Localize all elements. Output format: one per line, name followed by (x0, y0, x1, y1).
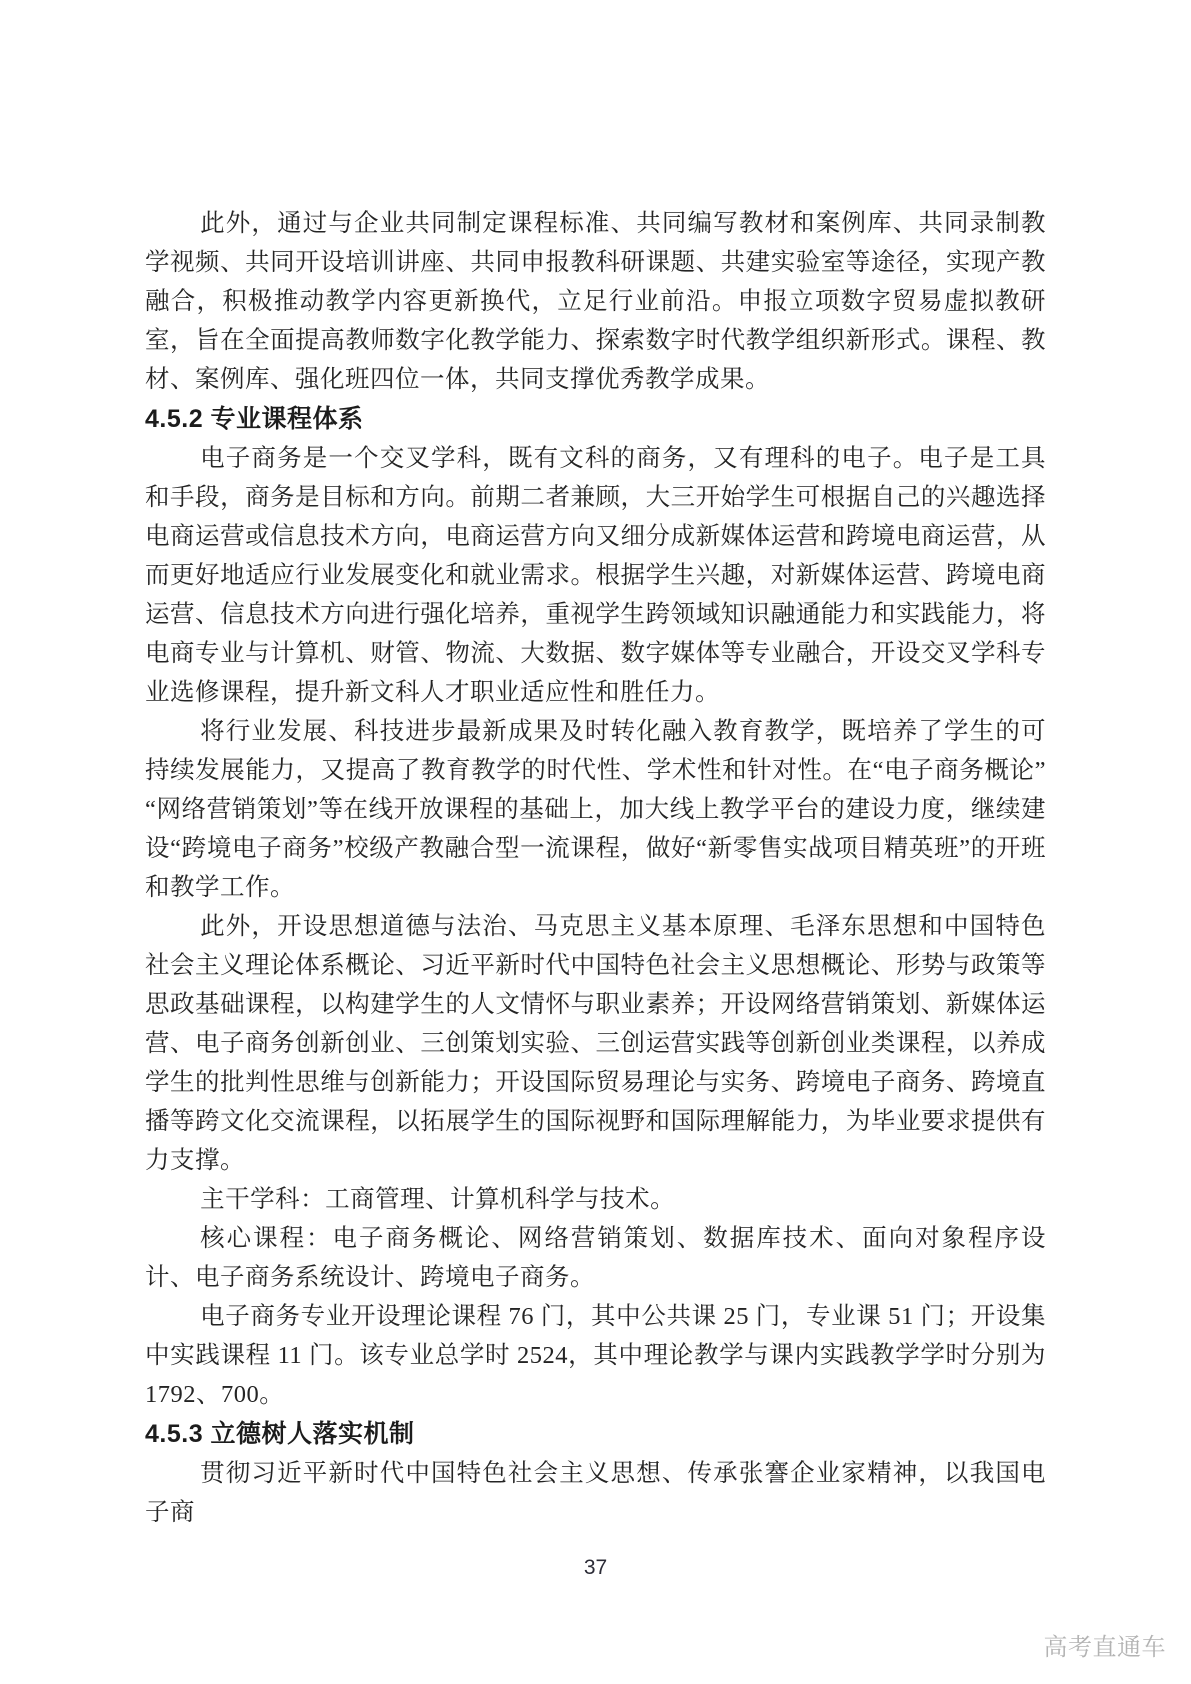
section-heading-4-5-3: 4.5.3 立德树人落实机制 (145, 1414, 1046, 1454)
watermark-gaokao-zhitongche: 高考直通车 (1044, 1627, 1167, 1662)
paragraph-core-courses: 核心课程：电子商务概论、网络营销策划、数据库技术、面向对象程序设计、电子商务系统… (145, 1219, 1046, 1297)
paragraph-industry-cooperation: 此外，通过与企业共同制定课程标准、共同编写教材和案例库、共同录制教学视频、共同开… (145, 204, 1046, 399)
document-page: 此外，通过与企业共同制定课程标准、共同编写教材和案例库、共同录制教学视频、共同开… (0, 0, 1191, 1684)
paragraph-ideology-courses: 此外，开设思想道德与法治、马克思主义基本原理、毛泽东思想和中国特色社会主义理论体… (145, 907, 1046, 1180)
document-content: 此外，通过与企业共同制定课程标准、共同编写教材和案例库、共同录制教学视频、共同开… (145, 204, 1046, 1532)
paragraph-moral-education: 贯彻习近平新时代中国特色社会主义思想、传承张謇企业家精神，以我国电子商 (145, 1454, 1046, 1532)
paragraph-cross-discipline: 电子商务是一个交叉学科，既有文科的商务，又有理科的电子。电子是工具和手段，商务是… (145, 439, 1046, 712)
paragraph-course-statistics: 电子商务专业开设理论课程 76 门，其中公共课 25 门，专业课 51 门；开设… (145, 1297, 1046, 1414)
page-number: 37 (0, 1556, 1191, 1580)
paragraph-main-disciplines: 主干学科：工商管理、计算机科学与技术。 (145, 1180, 1046, 1219)
paragraph-teaching-integration: 将行业发展、科技进步最新成果及时转化融入教育教学，既培养了学生的可持续发展能力，… (145, 712, 1046, 907)
section-heading-4-5-2: 4.5.2 专业课程体系 (145, 399, 1046, 439)
